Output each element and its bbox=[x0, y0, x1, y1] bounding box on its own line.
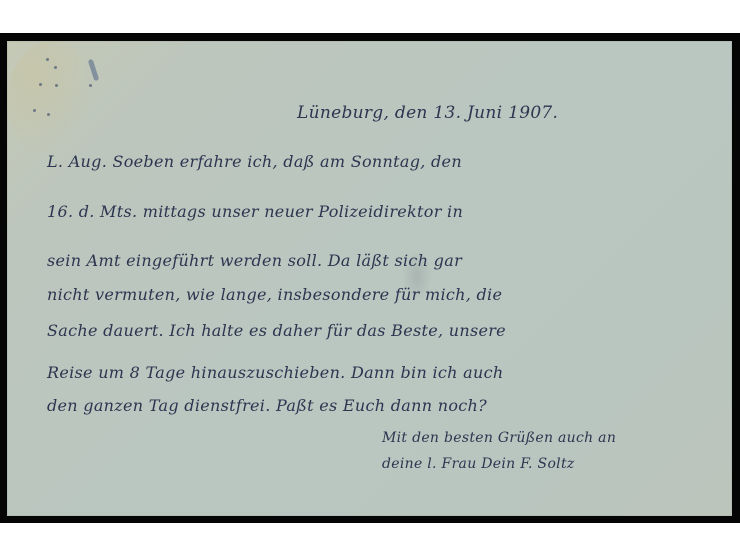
body-line: den ganzen Tag dienstfrei. Paßt es Euch … bbox=[47, 396, 487, 415]
body-line: L. Aug. Soeben erfahre ich, daß am Sonnt… bbox=[47, 152, 462, 171]
ink-speck bbox=[33, 109, 36, 112]
ink-speck bbox=[55, 84, 58, 87]
signature-line: deine l. Frau Dein F. Soltz bbox=[382, 456, 575, 472]
ink-speck bbox=[54, 66, 57, 69]
body-line: Reise um 8 Tage hinauszuschieben. Dann b… bbox=[47, 363, 503, 382]
body-line: 16. d. Mts. mittags unser neuer Polizeid… bbox=[47, 202, 463, 221]
body-line: Sache dauert. Ich halte es daher für das… bbox=[47, 321, 506, 340]
ink-speck bbox=[89, 84, 92, 87]
ink-stain bbox=[7, 41, 97, 161]
ink-speck bbox=[39, 83, 42, 86]
dateline: Lüneburg, den 13. Juni 1907. bbox=[297, 103, 558, 123]
closing-line: Mit den besten Grüßen auch an bbox=[382, 430, 616, 446]
postcard: Lüneburg, den 13. Juni 1907. L. Aug. Soe… bbox=[7, 41, 732, 516]
ink-speck bbox=[47, 113, 50, 116]
body-line: sein Amt eingeführt werden soll. Da läßt… bbox=[47, 251, 462, 270]
body-line: nicht vermuten, wie lange, insbesondere … bbox=[47, 285, 502, 304]
ink-speck bbox=[46, 58, 49, 61]
